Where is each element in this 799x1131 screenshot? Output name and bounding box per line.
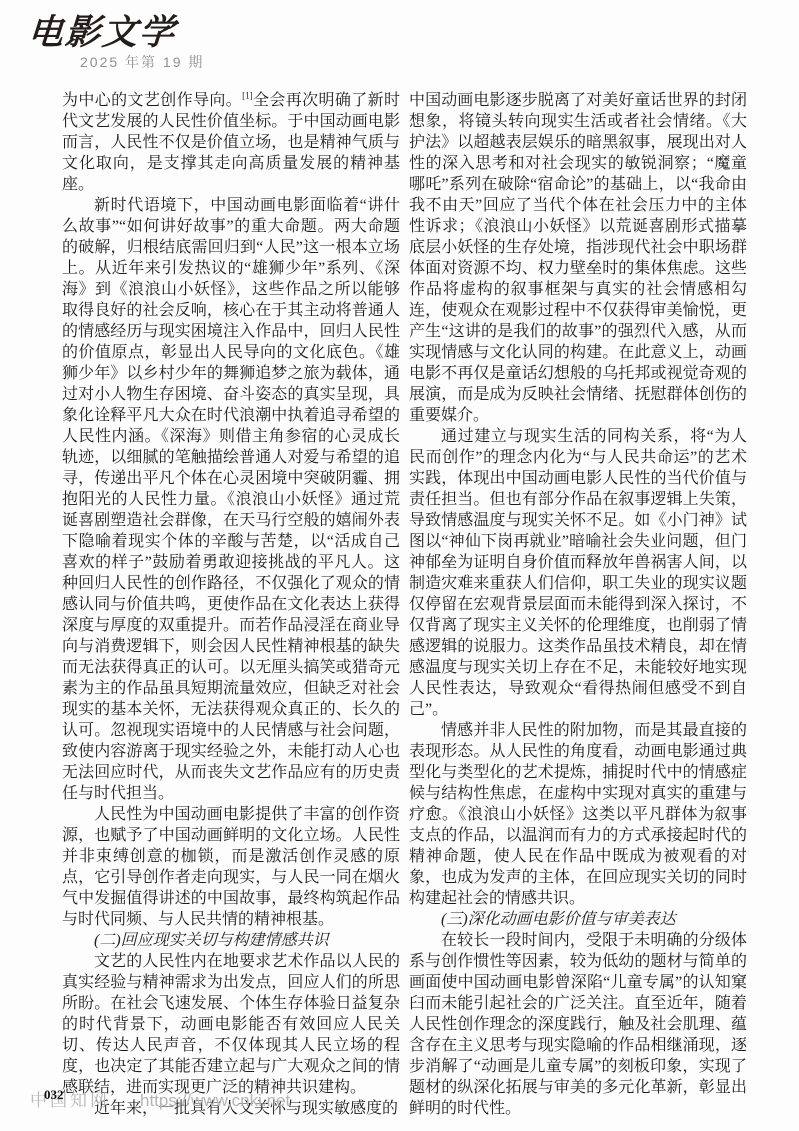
body-paragraph: 中国动画电影逐步脱离了对美好童话世界的封闭想象，将镜头转向现实生活或者社会情绪。… xyxy=(409,90,747,426)
body-paragraph: 人民性为中国动画电影提供了丰富的创作资源，也赋予了中国动画鲜明的文化立场。人民性… xyxy=(62,804,400,930)
journal-issue: 2025 年第 19 期 xyxy=(80,52,204,72)
page-header: 电影文学 2025 年第 19 期 xyxy=(28,14,204,72)
subsection-heading-3: (三)深化动画电影价值与审美表达 xyxy=(409,909,747,930)
paragraph-text: 为中心的文艺创作导向。 xyxy=(62,92,242,109)
right-column: 中国动画电影逐步脱离了对美好童话世界的封闭想象，将镜头转向现实生活或者社会情绪。… xyxy=(409,90,747,1119)
body-paragraph: 通过建立与现实生活的同构关系，将“为人民而创作”的理念内化为“与人民共命运”的艺… xyxy=(409,426,747,720)
journal-page: { "header": { "journal_name": "电影文学", "i… xyxy=(0,0,799,1131)
cnki-url: https://www.cnki.net xyxy=(140,1091,290,1111)
body-paragraph: 为中心的文艺创作导向。[1]全会再次明确了新时代文艺发展的人民性价值坐标。于中国… xyxy=(62,90,400,195)
page-footer: 中国知网 https://www.cnki.net xyxy=(30,1086,290,1111)
article-body: 为中心的文艺创作导向。[1]全会再次明确了新时代文艺发展的人民性价值坐标。于中国… xyxy=(62,90,747,1119)
body-paragraph: 情感并非人民性的附加物，而是其最直接的表现形态。从人民性的角度看，动画电影通过典… xyxy=(409,720,747,909)
page-number: 032 xyxy=(44,1087,64,1103)
body-paragraph: 文艺的人民性内在地要求艺术作品以人民的真实经验与精神需求为出发点，回应人们的所思… xyxy=(62,951,400,1098)
body-paragraph: 新时代语境下，中国动画电影面临着“讲什么故事”“如何讲好故事”的重大命题。两大命… xyxy=(62,195,400,804)
citation-ref-1: [1] xyxy=(242,91,253,101)
journal-logo: 电影文学 xyxy=(27,14,206,52)
cnki-watermark: 中国知网 xyxy=(30,1086,110,1111)
left-column: 为中心的文艺创作导向。[1]全会再次明确了新时代文艺发展的人民性价值坐标。于中国… xyxy=(62,90,400,1119)
subsection-heading-2: (二)回应现实关切与构建情感共识 xyxy=(62,930,400,951)
body-paragraph: 在较长一段时间内，受限于未明确的分级体系与创作惯性等因素，较为低幼的题材与简单的… xyxy=(409,930,747,1119)
